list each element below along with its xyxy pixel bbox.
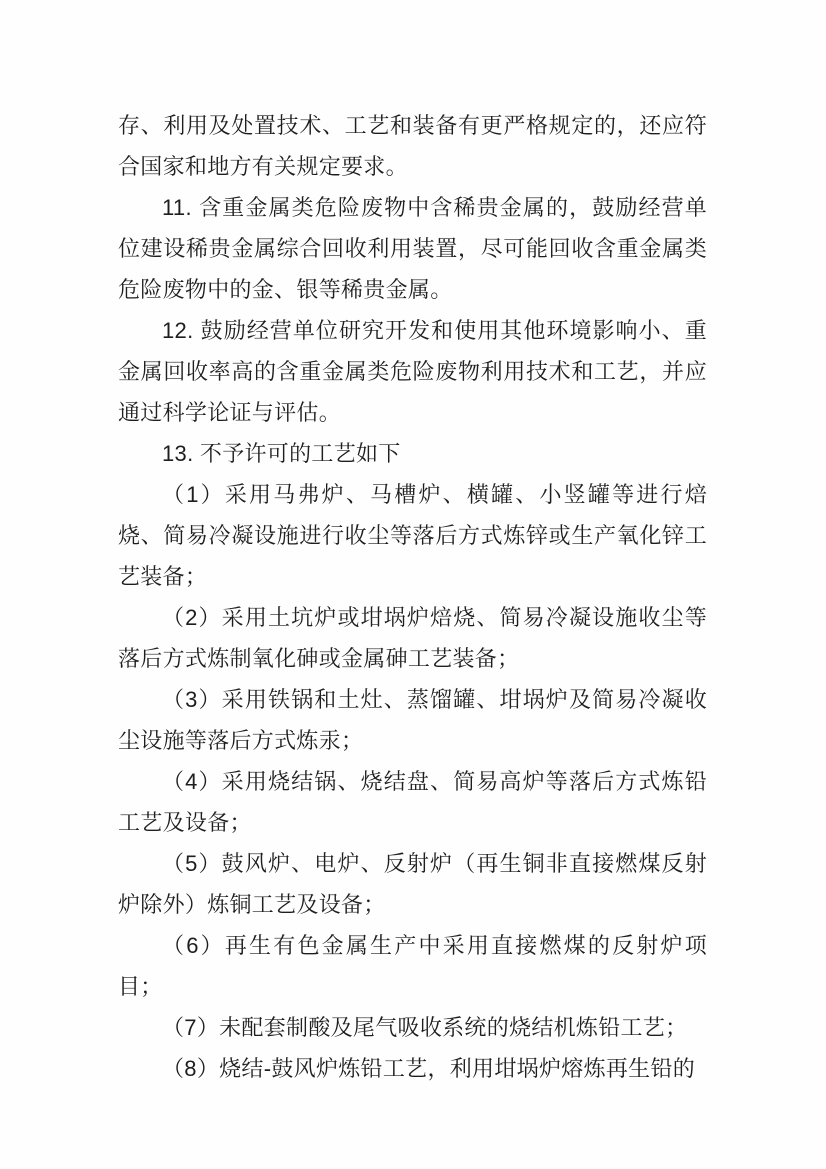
paragraph: （2）采用土坑炉或坩埚炉焙烧、简易冷凝设施收尘等落后方式炼制氧化砷或金属砷工艺装…: [118, 597, 707, 679]
paragraph: 13. 不予许可的工艺如下: [118, 433, 707, 474]
paragraph: （8）烧结-鼓风炉炼铅工艺，利用坩埚炉熔炼再生铅的: [118, 1048, 707, 1089]
paragraph: （5）鼓风炉、电炉、反射炉（再生铜非直接燃煤反射炉除外）炼铜工艺及设备；: [118, 843, 707, 925]
paragraph: （4）采用烧结锅、烧结盘、简易高炉等落后方式炼铅工艺及设备；: [118, 761, 707, 843]
paragraph: 12. 鼓励经营单位研究开发和使用其他环境影响小、重金属回收率高的含重金属类危险…: [118, 310, 707, 433]
paragraph: （3）采用铁锅和土灶、蒸馏罐、坩埚炉及简易冷凝收尘设施等落后方式炼汞；: [118, 679, 707, 761]
paragraph: 存、利用及处置技术、工艺和装备有更严格规定的，还应符合国家和地方有关规定要求。: [118, 105, 707, 187]
paragraph: （6）再生有色金属生产中采用直接燃煤的反射炉项目；: [118, 925, 707, 1007]
document-text-block: 存、利用及处置技术、工艺和装备有更严格规定的，还应符合国家和地方有关规定要求。1…: [118, 105, 707, 1089]
paragraph: （1）采用马弗炉、马槽炉、横罐、小竖罐等进行焙烧、简易冷凝设施进行收尘等落后方式…: [118, 474, 707, 597]
document-page: 存、利用及处置技术、工艺和装备有更严格规定的，还应符合国家和地方有关规定要求。1…: [0, 0, 826, 1169]
paragraph: （7）未配套制酸及尾气吸收系统的烧结机炼铅工艺；: [118, 1007, 707, 1048]
paragraph: 11. 含重金属类危险废物中含稀贵金属的，鼓励经营单位建设稀贵金属综合回收利用装…: [118, 187, 707, 310]
